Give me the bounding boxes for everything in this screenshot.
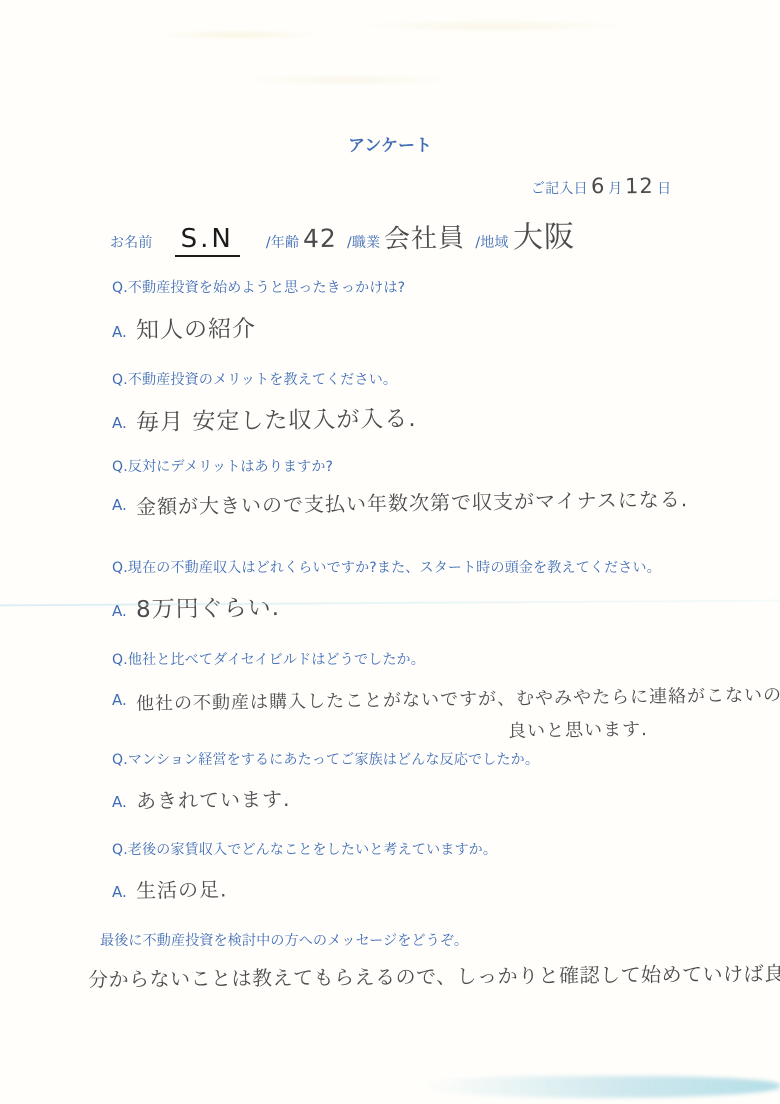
name-value: S.N [175, 224, 240, 257]
question-6: Q.マンション経営をするにあたってご家族はどんな反応でしたか。 [112, 752, 539, 770]
survey-scan-page: アンケート ご記入日 6 月 12 日 お名前 S.N /年齢 42 /職業 会… [0, 0, 780, 1104]
answer-7-row: A. 生活の足. [112, 874, 227, 903]
region-handwriting: 大阪 [512, 212, 575, 257]
question-3: Q.反対にデメリットはありますか? [112, 459, 333, 477]
answer-3-handwriting: 金額が大きいので支払い年数次第で収支がマイナスになる. [136, 483, 689, 520]
job-handwriting: 会社員 [384, 217, 466, 255]
answer-2-handwriting: 毎月 安定した収入が入る. [136, 400, 417, 437]
closing-message-handwriting: 分からないことは教えてもらえるので、しっかりと確認して始めていけば良と思います。 [88, 956, 780, 992]
answer-7-handwriting: 生活の足. [136, 873, 228, 903]
answer-6-prefix: A. [112, 793, 127, 811]
scan-streak-artifact [420, 1076, 780, 1098]
job-label: /職業 [347, 235, 380, 253]
answer-5-handwriting-line1: 他社の不動産は購入したことがないですが、むやみやたらに連絡がこないので [136, 680, 780, 715]
closing-prompt: 最後に不動産投資を検討中の方へのメッセージをどうぞ。 [100, 933, 468, 951]
answer-3-prefix: A. [112, 496, 127, 514]
entry-date-day-unit: 日 [657, 181, 671, 199]
answer-3-row: A. 金額が大きいので支払い年数次第で収支がマイナスになる. [112, 487, 688, 516]
entry-date-month-unit: 月 [608, 181, 622, 199]
answer-1-row: A. 知人の紹介 [112, 311, 256, 344]
answer-7-prefix: A. [112, 883, 127, 901]
answer-2-row: A. 毎月 安定した収入が入る. [112, 402, 416, 435]
question-5: Q.他社と比べてダイセイビルドはどうでしたか。 [112, 652, 425, 670]
answer-4-handwriting: 8万円ぐらい. [136, 589, 280, 624]
page-title: アンケート [0, 131, 780, 156]
entry-date-row: ご記入日 6 月 12 日 [531, 174, 671, 199]
question-2: Q.不動産投資のメリットを教えてください。 [112, 372, 397, 390]
entry-date-day-handwriting: 12 [625, 174, 654, 198]
answer-2-prefix: A. [112, 414, 127, 432]
answer-1-prefix: A. [112, 323, 127, 341]
answer-6-row: A. あきれています. [112, 784, 290, 813]
answer-4-prefix: A. [112, 602, 127, 620]
answer-4-row: A. 8万円ぐらい. [112, 590, 280, 623]
profile-row: お名前 S.N /年齢 42 /職業 会社員 /地域 大阪 [110, 212, 585, 257]
region-label: /地域 [475, 235, 508, 253]
name-label: お名前 [110, 235, 153, 253]
question-4: Q.現在の不動産収入はどれくらいですか?また、スタート時の頭金を教えてください。 [112, 560, 661, 578]
answer-1-handwriting: 知人の紹介 [136, 310, 256, 345]
answer-5-row: A. 他社の不動産は購入したことがないですが、むやみやたらに連絡がこないので [112, 685, 780, 711]
answer-5-row-line2: 良いと思います. [508, 716, 648, 742]
question-7: Q.老後の家賃収入でどんなことをしたいと考えていますか。 [112, 842, 497, 860]
entry-date-month-handwriting: 6 [591, 174, 606, 198]
question-1: Q.不動産投資を始めようと思ったきっかけは? [112, 280, 405, 298]
answer-5-handwriting-line2: 良いと思います. [508, 715, 648, 743]
scan-smudge-artifact [20, 8, 750, 98]
answer-6-handwriting: あきれています. [136, 783, 291, 814]
closing-message-row: 分からないことは教えてもらえるので、しっかりと確認して始めていけば良と思います。 [88, 960, 780, 989]
age-label: /年齢 [266, 235, 299, 253]
age-handwriting: 42 [303, 224, 337, 253]
answer-5-prefix: A. [112, 691, 127, 709]
entry-date-label: ご記入日 [531, 181, 588, 199]
